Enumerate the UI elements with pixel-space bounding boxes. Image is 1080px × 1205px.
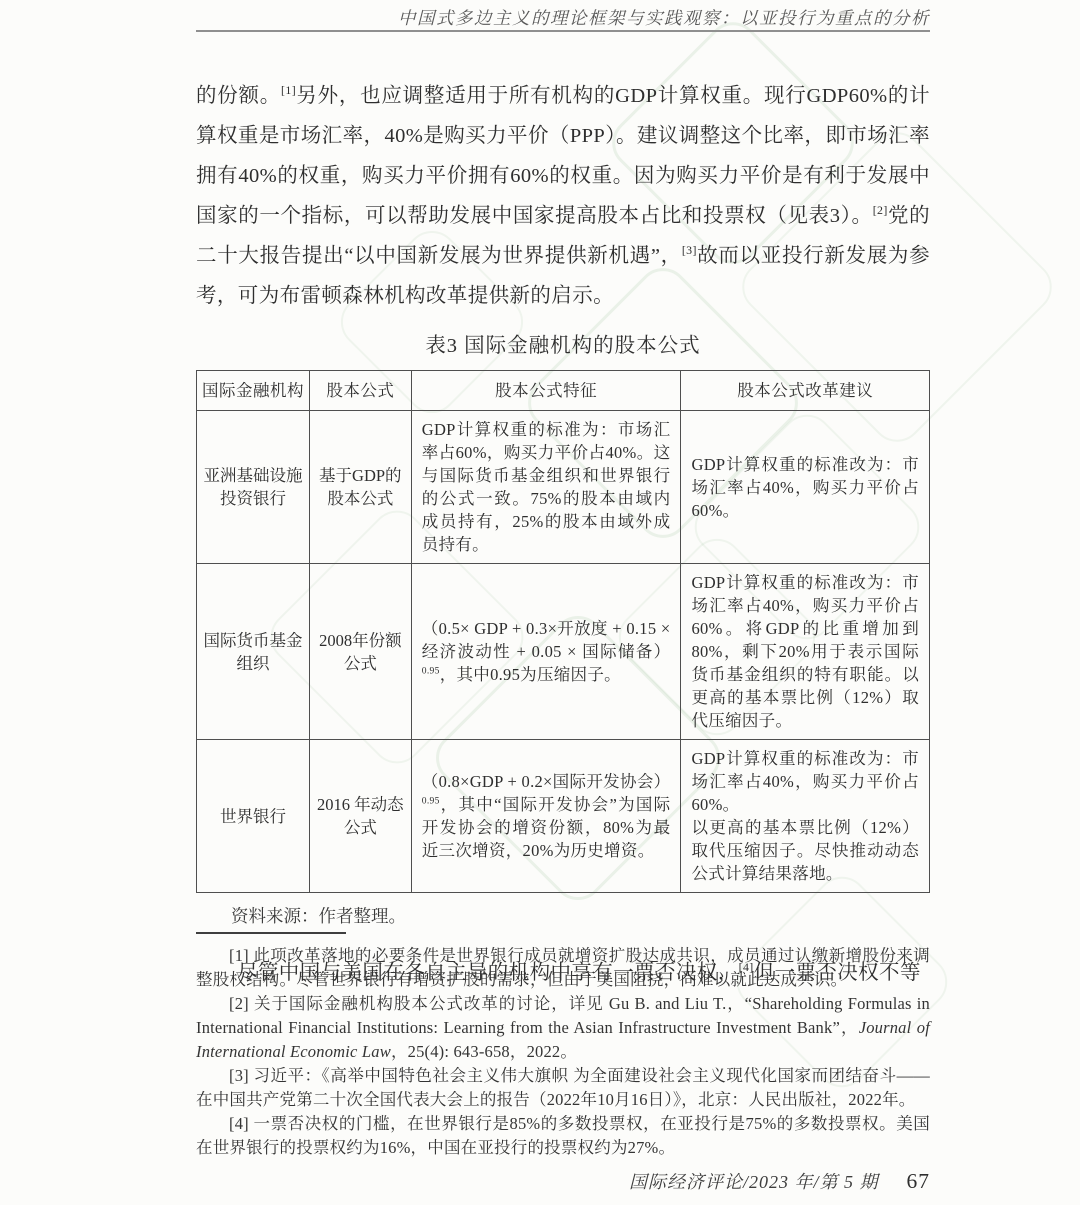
reform-text: GDP计算权重的标准改为：市场汇率占40%，购买力平价占60%。将GDP的比重增… xyxy=(691,571,919,732)
table-3: 国际金融机构 股本公式 股本公式特征 股本公式改革建议 亚洲基础设施投资银行 基… xyxy=(196,370,930,893)
journal-page: 中国式多边主义的理论框架与实践观察：以亚投行为重点的分析 的份额。[1]另外，也… xyxy=(0,0,1080,1205)
features-text: （0.8×GDP + 0.2×国际开发协会） xyxy=(422,772,671,791)
formula-cell: 基于GDP的股本公式 xyxy=(309,411,411,564)
features-text: （0.5× GDP + 0.3×开放度 + 0.15 × 经济波动性 + 0.0… xyxy=(422,619,671,661)
journal-info: 国际经济评论/2023 年/第 5 期 xyxy=(629,1172,879,1192)
org-cell: 国际货币基金组织 xyxy=(197,564,310,740)
footnotes-section: [1] 此项改革落地的必要条件是世界银行成员就增资扩股达成共识，成员通过认缴新增… xyxy=(196,932,930,1160)
footnote-separator xyxy=(196,932,346,934)
footnote-2: [2] 关于国际金融机构股本公式改革的讨论，详见 Gu B. and Liu T… xyxy=(196,992,930,1064)
header-rule xyxy=(196,30,930,32)
footnote-3: [3] 习近平：《高举中国特色社会主义伟大旗帜 为全面建设社会主义现代化国家而团… xyxy=(196,1064,930,1112)
table-row-aiib: 亚洲基础设施投资银行 基于GDP的股本公式 GDP计算权重的标准为：市场汇率占6… xyxy=(197,411,930,564)
col-header-formula: 股本公式 xyxy=(309,371,411,411)
table-row-worldbank: 世界银行 2016 年动态公式 （0.8×GDP + 0.2×国际开发协会）0.… xyxy=(197,740,930,893)
col-header-institution: 国际金融机构 xyxy=(197,371,310,411)
col-header-reform: 股本公式改革建议 xyxy=(681,371,930,411)
features-cell: GDP计算权重的标准为：市场汇率占60%，购买力平价占40%。这与国际货币基金组… xyxy=(411,411,681,564)
features-cell: （0.5× GDP + 0.3×开放度 + 0.15 × 经济波动性 + 0.0… xyxy=(411,564,681,740)
table-row-imf: 国际货币基金组织 2008年份额公式 （0.5× GDP + 0.3×开放度 +… xyxy=(197,564,930,740)
footnote-marker-3: [3] xyxy=(682,243,697,257)
page-number: 67 xyxy=(907,1169,931,1193)
footnote-marker-1: [1] xyxy=(281,83,296,97)
footnote-marker-2: [2] xyxy=(873,203,888,217)
exponent: 0.95 xyxy=(422,796,440,807)
table-source-note: 资料来源：作者整理。 xyxy=(196,903,930,929)
main-content: 的份额。[1]另外，也应调整适用于所有机构的GDP计算权重。现行GDP60%的计… xyxy=(196,76,930,993)
running-title: 中国式多边主义的理论框架与实践观察：以亚投行为重点的分析 xyxy=(398,5,930,30)
org-cell: 世界银行 xyxy=(197,740,310,893)
paragraph-text: 另外，也应调整适用于所有机构的GDP计算权重。现行GDP60%的计算权重是市场汇… xyxy=(196,85,930,227)
reform-cell: GDP计算权重的标准改为：市场汇率占40%，购买力平价占60%。将GDP的比重增… xyxy=(681,564,930,740)
reform-cell: GDP计算权重的标准改为：市场汇率占40%，购买力平价占60%。以更高的基本票比… xyxy=(681,740,930,893)
features-text: GDP计算权重的标准为：市场汇率占60%，购买力平价占40%。这与国际货币基金组… xyxy=(422,420,671,554)
formula-cell: 2016 年动态公式 xyxy=(309,740,411,893)
col-header-features: 股本公式特征 xyxy=(411,371,681,411)
reform-text: GDP计算权重的标准改为：市场汇率占40%，购买力平价占60%。 xyxy=(691,453,919,522)
reform-cell: GDP计算权重的标准改为：市场汇率占40%，购买力平价占60%。 xyxy=(681,411,930,564)
org-cell: 亚洲基础设施投资银行 xyxy=(197,411,310,564)
features-cell: （0.8×GDP + 0.2×国际开发协会）0.95，其中“国际开发协会”为国际… xyxy=(411,740,681,893)
features-text: ，其中“国际开发协会”为国际开发协会的增资份额，80%为最近三次增资，20%为历… xyxy=(422,795,671,860)
reform-text: 以更高的基本票比例（12%）取代压缩因子。尽快推动动态公式计算结果落地。 xyxy=(691,816,919,885)
formula-cell: 2008年份额公式 xyxy=(309,564,411,740)
reform-text: GDP计算权重的标准改为：市场汇率占40%，购买力平价占60%。 xyxy=(691,747,919,816)
page-footer: 国际经济评论/2023 年/第 5 期67 xyxy=(196,1168,930,1194)
paragraph-text: 的份额。 xyxy=(196,85,281,107)
footnote-4: [4] 一票否决权的门槛，在世界银行是85%的多数投票权，在亚投行是75%的多数… xyxy=(196,1112,930,1160)
table-title: 表3 国际金融机构的股本公式 xyxy=(196,328,930,358)
exponent: 0.95 xyxy=(422,666,440,677)
footnote-1: [1] 此项改革落地的必要条件是世界银行成员就增资扩股达成共识，成员通过认缴新增… xyxy=(196,944,930,992)
footnote-text: [2] 关于国际金融机构股本公式改革的讨论，详见 Gu B. and Liu T… xyxy=(196,994,930,1037)
paragraph-1: 的份额。[1]另外，也应调整适用于所有机构的GDP计算权重。现行GDP60%的计… xyxy=(196,76,930,316)
table-header-row: 国际金融机构 股本公式 股本公式特征 股本公式改革建议 xyxy=(197,371,930,411)
footnote-text: ，25(4): 643-658，2022。 xyxy=(391,1042,577,1061)
features-text: ，其中0.95为压缩因子。 xyxy=(440,665,621,684)
